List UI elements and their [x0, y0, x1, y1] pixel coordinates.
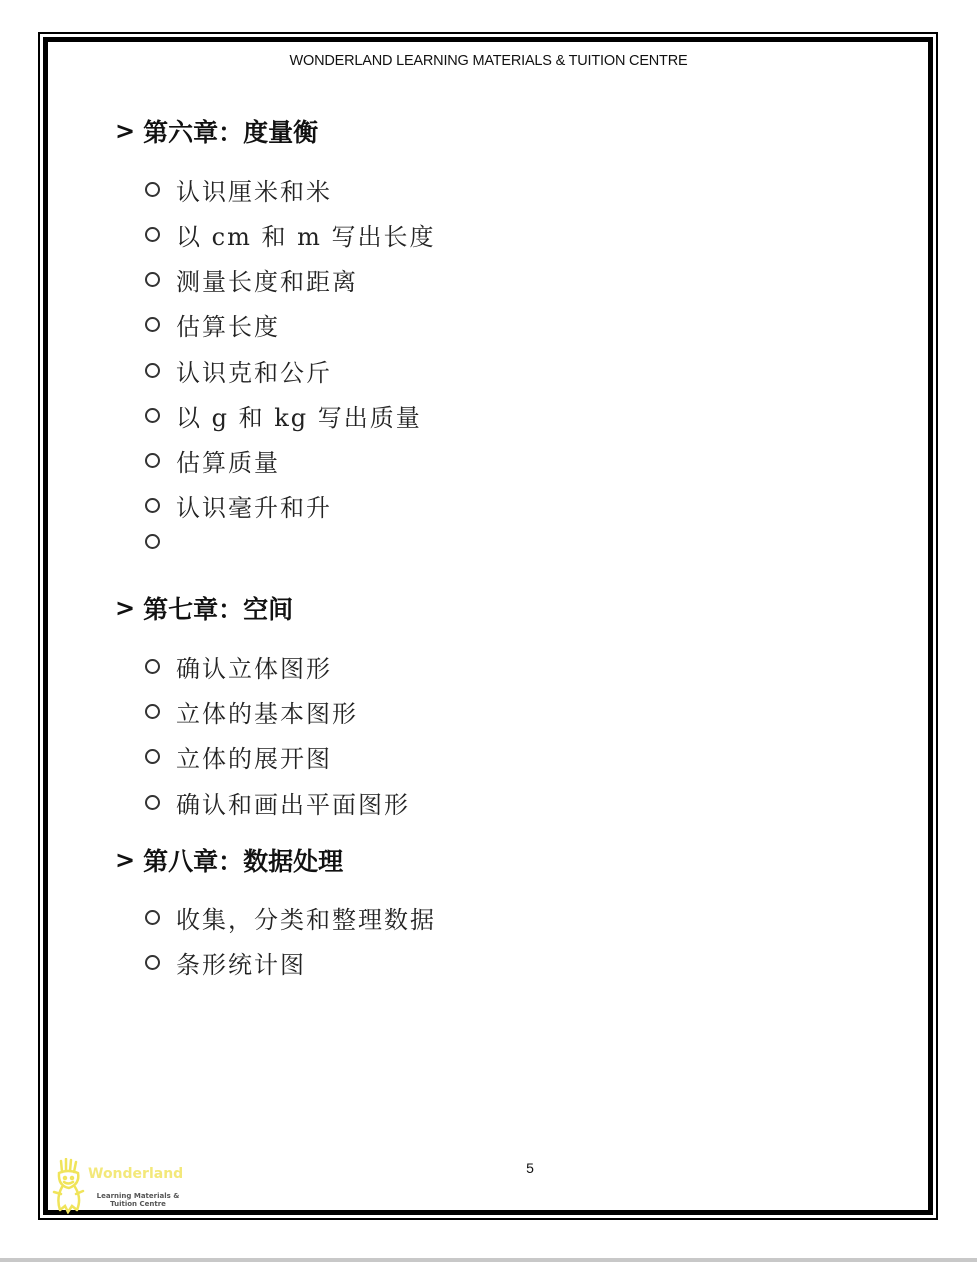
list-item: 认识厘米和米	[145, 172, 332, 207]
list-item: 确认和画出平面图形	[145, 785, 410, 820]
chapter-title: 第八章：数据处理	[143, 842, 343, 878]
list-item-text: 确认和画出平面图形	[176, 785, 410, 820]
list-item-text: 收集，分类和整理数据	[176, 900, 436, 935]
list-item: 测量长度和距离	[145, 262, 358, 297]
list-item-text: 以 cm 和 m 写出长度	[176, 217, 435, 252]
circle-bullet-icon	[145, 749, 160, 764]
mascot-icon	[52, 1158, 86, 1214]
list-item-text: 立体的基本图形	[176, 694, 358, 729]
circle-bullet-icon	[145, 955, 160, 970]
circle-bullet-icon	[145, 317, 160, 332]
list-item: 估算质量	[145, 443, 280, 478]
list-item-text: 估算质量	[176, 443, 280, 478]
chapter-heading-8: > 第八章：数据处理	[115, 842, 343, 878]
list-item: 以 g 和 kg 写出质量	[145, 398, 422, 433]
chevron-right-icon: >	[115, 594, 135, 622]
circle-bullet-icon	[145, 272, 160, 287]
circle-bullet-icon	[145, 182, 160, 197]
circle-bullet-icon	[145, 795, 160, 810]
list-item-text: 估算长度	[176, 307, 280, 342]
circle-bullet-icon	[145, 534, 160, 549]
list-item-text: 认识克和公斤	[176, 353, 332, 388]
page-border-inner	[43, 37, 933, 1215]
page-separator	[0, 1258, 977, 1262]
chapter-heading-7: > 第七章：空间	[115, 590, 293, 626]
circle-bullet-icon	[145, 704, 160, 719]
circle-bullet-icon	[145, 408, 160, 423]
circle-bullet-icon	[145, 363, 160, 378]
list-item-text: 认识厘米和米	[176, 172, 332, 207]
circle-bullet-icon	[145, 498, 160, 513]
list-item-text: 立体的展开图	[176, 739, 332, 774]
list-item: 认识克和公斤	[145, 353, 332, 388]
page-number: 5	[520, 1160, 540, 1176]
logo-subtitle-line1: Learning Materials &	[88, 1192, 188, 1200]
circle-bullet-icon	[145, 659, 160, 674]
logo-subtitle: Learning Materials & Tuition Centre	[88, 1192, 188, 1208]
list-item-text: 认识毫升和升	[176, 488, 332, 523]
chapter-title: 第七章：空间	[143, 590, 293, 626]
list-item: 收集，分类和整理数据	[145, 900, 436, 935]
list-item-empty	[145, 534, 176, 549]
list-item: 估算长度	[145, 307, 280, 342]
list-item-text: 条形统计图	[176, 945, 306, 980]
list-item: 认识毫升和升	[145, 488, 332, 523]
list-item: 以 cm 和 m 写出长度	[145, 217, 435, 252]
list-item: 立体的展开图	[145, 739, 332, 774]
list-item: 条形统计图	[145, 945, 306, 980]
page-header: WONDERLAND LEARNING MATERIALS & TUITION …	[0, 53, 977, 69]
circle-bullet-icon	[145, 910, 160, 925]
list-item: 立体的基本图形	[145, 694, 358, 729]
list-item-text: 测量长度和距离	[176, 262, 358, 297]
chevron-right-icon: >	[115, 117, 135, 145]
logo-subtitle-line2: Tuition Centre	[88, 1200, 188, 1208]
circle-bullet-icon	[145, 453, 160, 468]
wonderland-logo: Wonderland Learning Materials & Tuition …	[52, 1158, 192, 1214]
chevron-right-icon: >	[115, 846, 135, 874]
circle-bullet-icon	[145, 227, 160, 242]
chapter-heading-6: > 第六章：度量衡	[115, 113, 318, 149]
chapter-title: 第六章：度量衡	[143, 113, 318, 149]
list-item-text: 确认立体图形	[176, 649, 332, 684]
logo-title: Wonderland	[88, 1166, 183, 1182]
list-item: 确认立体图形	[145, 649, 332, 684]
list-item-text: 以 g 和 kg 写出质量	[176, 398, 422, 433]
